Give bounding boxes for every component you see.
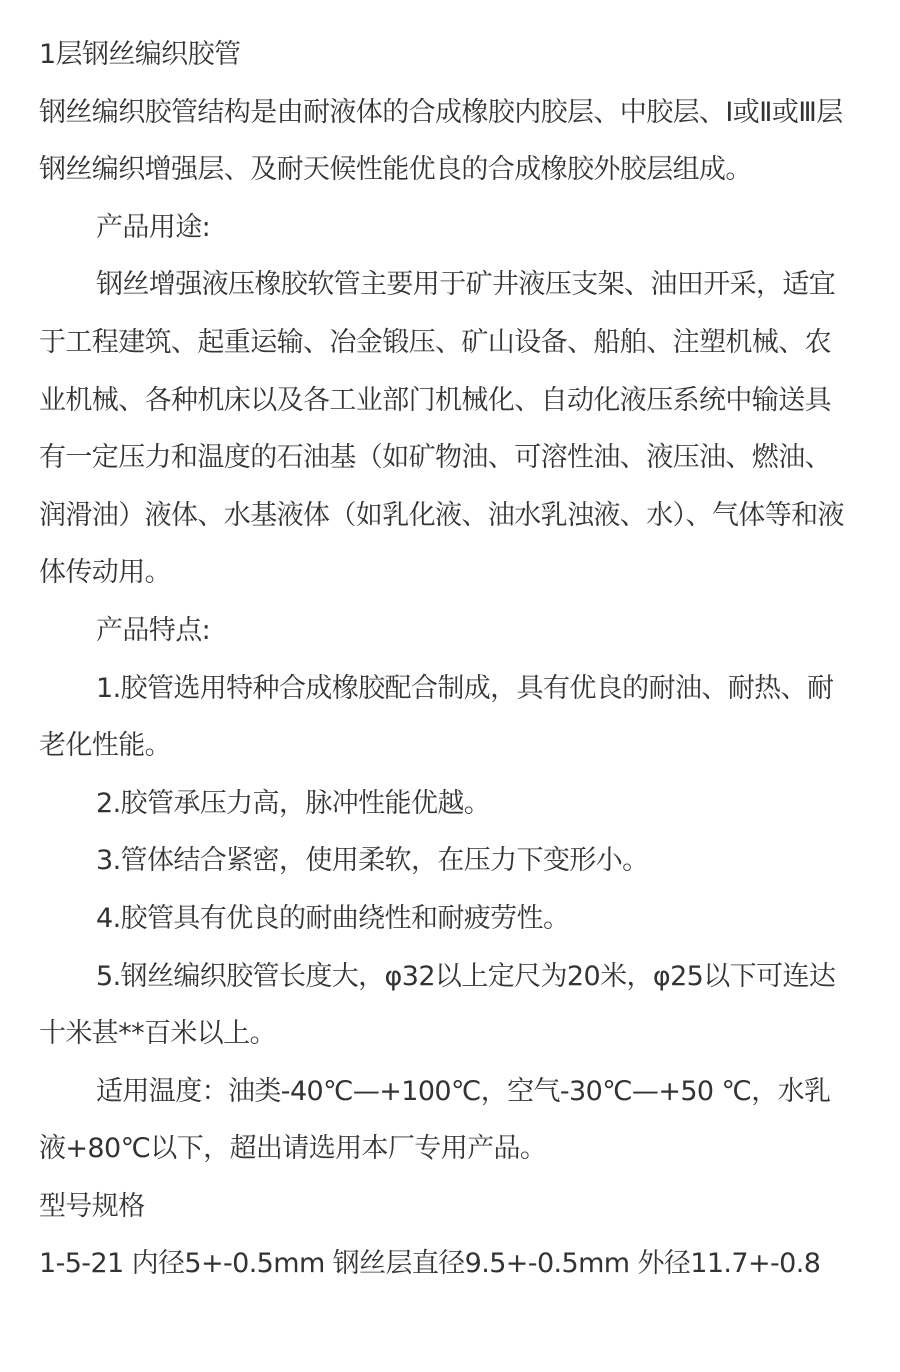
temperature-paragraph: 适用温度：油类-40℃—+100℃，空气-30℃—+50 ℃，水乳液+80℃以下… — [39, 1063, 851, 1178]
article-title: 1层钢丝编织胶管 — [39, 26, 851, 84]
feature-item-1: 1.胶管选用特种合成橡胶配合制成，具有优良的耐油、耐热、耐老化性能。 — [39, 660, 851, 775]
feature-item-2: 2.胶管承压力高，脉冲性能优越。 — [39, 775, 851, 833]
intro-paragraph: 钢丝编织胶管结构是由耐液体的合成橡胶内胶层、中胶层、Ⅰ或Ⅱ或Ⅲ层钢丝编织增强层、… — [39, 84, 851, 199]
feature-item-4: 4.胶管具有优良的耐曲绕性和耐疲劳性。 — [39, 890, 851, 948]
usage-heading: 产品用途: — [39, 199, 851, 257]
spec-heading: 型号规格 — [39, 1178, 851, 1236]
article-body: 1层钢丝编织胶管 钢丝编织胶管结构是由耐液体的合成橡胶内胶层、中胶层、Ⅰ或Ⅱ或Ⅲ… — [39, 26, 851, 1293]
usage-paragraph: 钢丝增强液压橡胶软管主要用于矿井液压支架、油田开采，适宜于工程建筑、起重运输、冶… — [39, 256, 851, 602]
features-heading: 产品特点: — [39, 602, 851, 660]
feature-item-5: 5.钢丝编织胶管长度大，φ32以上定尺为20米，φ25以下可连达十米甚**百米以… — [39, 948, 851, 1063]
feature-item-3: 3.管体结合紧密，使用柔软，在压力下变形小。 — [39, 832, 851, 890]
spec-line: 1-5-21 内径5+-0.5mm 钢丝层直径9.5+-0.5mm 外径11.7… — [39, 1235, 851, 1293]
